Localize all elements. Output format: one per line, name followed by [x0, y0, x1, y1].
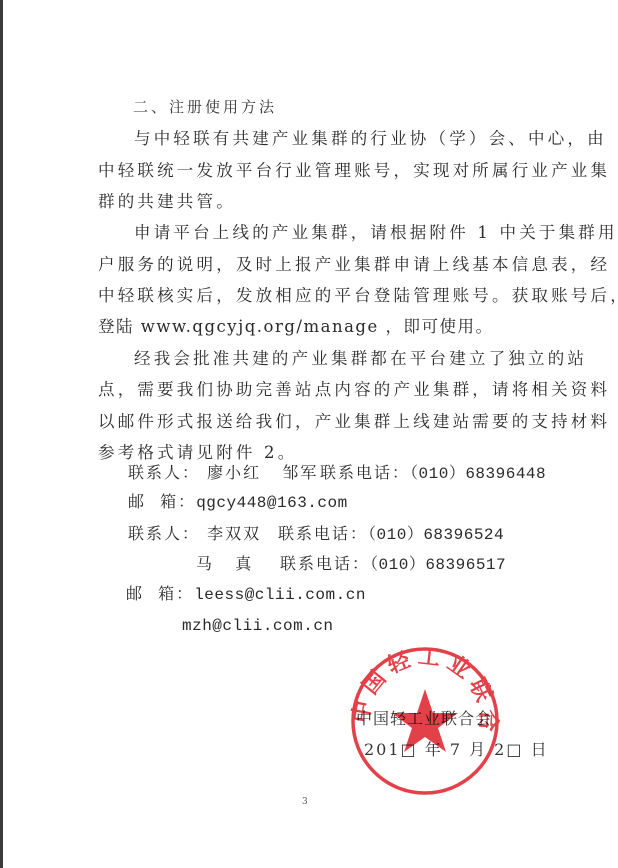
paragraph-3-line-1: 经我会批准共建的产业集群都在平台建立了独立的站 [134, 348, 587, 370]
contact-3-phone: 联系电话：（010）68396517 [280, 553, 506, 576]
contact-label: 联系人： [128, 463, 200, 482]
phone-label: 联系电话： [320, 463, 410, 482]
paragraph-3-line-3: 以邮件形式报送给我们，产业集群上线建站需要的支持材料 [98, 411, 610, 433]
contact-1: 联系人： 廖小红 邹军 [128, 462, 318, 484]
email-address: mzh@clii.com.cn [182, 617, 334, 635]
seal-icon: 中国轻工业联合会 [345, 641, 505, 801]
contact-names: 廖小红 邹军 [207, 463, 318, 482]
contact-label: 联系人： [128, 524, 200, 543]
paragraph-1-line-2: 中轻联统一发放平台行业管理账号，实现对所属行业产业集 [98, 160, 610, 182]
section-heading: 二、注册使用方法 [133, 96, 277, 118]
paragraph-1-line-3: 群的共建共管。 [98, 191, 236, 213]
phone-number: （010）68396524 [368, 526, 504, 544]
contact-3: 马 真 [196, 553, 253, 575]
paragraph-1-line-1: 与中轻联有共建产业集群的行业协（学）会、中心，由 [134, 128, 607, 150]
official-seal: 中国轻工业联合会 [345, 641, 505, 805]
paragraph-2-line-4: 登陆 www.qgcyjq.org/manage ，即可使用。 [98, 316, 493, 338]
contact-email-3: mzh@clii.com.cn [182, 614, 334, 637]
contact-1-phone: 联系电话：（010）68396448 [320, 462, 546, 485]
paragraph-2-line-1: 申请平台上线的产业集群，请根据附件 1 中关于集群用 [134, 222, 618, 244]
contact-2-phone: 联系电话：（010）68396524 [278, 523, 504, 546]
contact-email-2: 邮 箱：leess@clii.com.cn [126, 583, 366, 606]
phone-number: （010）68396517 [370, 556, 506, 574]
contact-names: 李双双 [207, 524, 261, 543]
page-number: 3 [302, 797, 308, 807]
phone-label: 联系电话： [278, 524, 368, 543]
contact-names: 马 真 [196, 554, 253, 573]
paragraph-3-line-2: 点，需要我们协助完善站点内容的产业集群，请将相关资料 [98, 379, 610, 401]
phone-label: 联系电话： [280, 554, 370, 573]
phone-number: （010）68396448 [410, 465, 546, 483]
contact-2: 联系人： 李双双 [128, 523, 261, 545]
email-label: 邮 箱： [126, 584, 194, 603]
email-label: 邮 箱： [128, 492, 196, 511]
paragraph-2-line-2: 户服务的说明，及时上报产业集群申请上线基本信息表，经 [98, 254, 610, 276]
email-address: qgcy448@163.com [196, 494, 348, 512]
paragraph-2-line-3: 中轻联核实后，发放相应的平台登陆管理账号。获取账号后， [98, 285, 618, 307]
contact-email-1: 邮 箱：qgcy448@163.com [128, 491, 348, 514]
paragraph-3-line-4: 参考格式请见附件 2。 [98, 442, 297, 464]
page-edge [0, 0, 3, 868]
email-address: leess@clii.com.cn [194, 586, 366, 604]
